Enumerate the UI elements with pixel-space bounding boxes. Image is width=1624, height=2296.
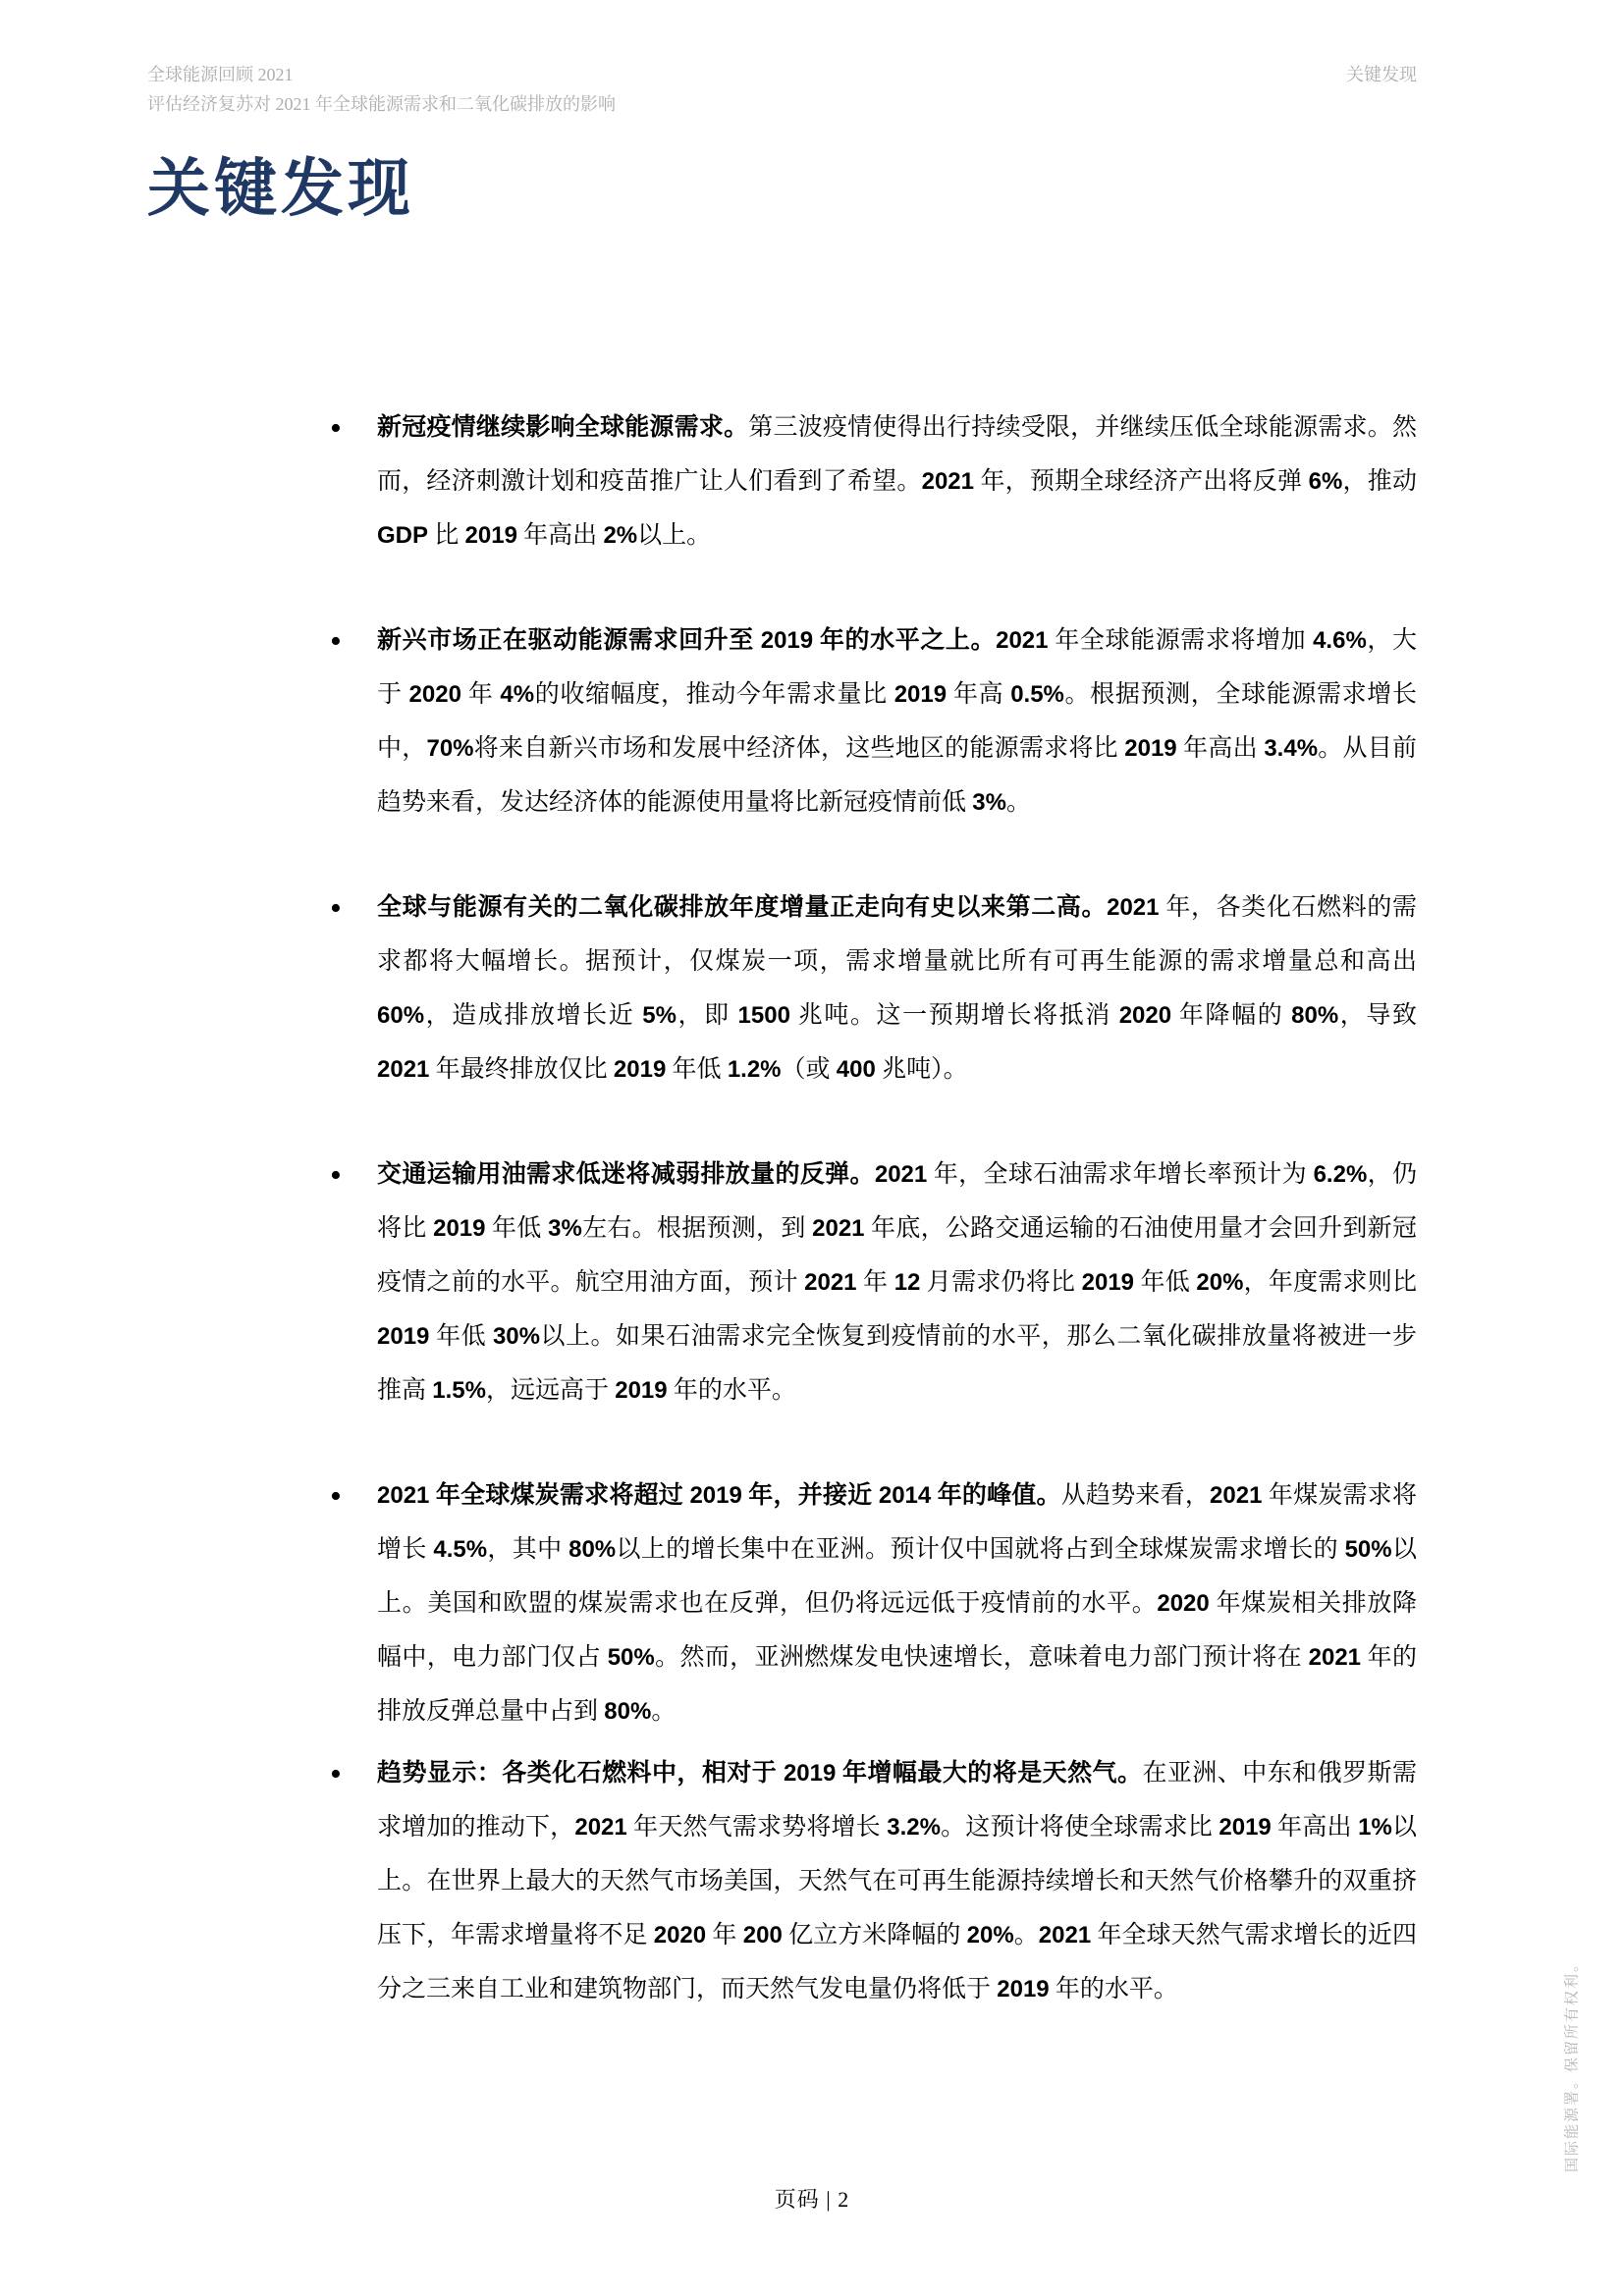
page-title: 关键发现: [147, 152, 1417, 228]
bullet-item-co2-emissions: 全球与能源有关的二氧化碳排放年度增量正走向有史以来第二高。2021 年，各类化石…: [326, 881, 1417, 1096]
bullet-lead: 趋势显示：各类化石燃料中，相对于 2019 年增幅最大的将是天然气。: [377, 1760, 1142, 1787]
bullet-item-coal-demand: 2021 年全球煤炭需求将超过 2019 年，并接近 2014 年的峰值。从趋势…: [326, 1468, 1417, 1738]
header-doc-title: 全球能源回顾 2021: [147, 61, 616, 90]
page-header: 全球能源回顾 2021 评估经济复苏对 2021 年全球能源需求和二氧化碳排放的…: [147, 61, 1417, 119]
page-number: 页码 | 2: [0, 2183, 1624, 2214]
bullet-body: 从趋势来看，2021 年煤炭需求将增长 4.5%，其中 80%以上的增长集中在亚…: [377, 1482, 1417, 1725]
bullet-item-transport-oil: 交通运输用油需求低迷将减弱排放量的反弹。2021 年，全球石油需求年增长率预计为…: [326, 1148, 1417, 1417]
document-page: 全球能源回顾 2021 评估经济复苏对 2021 年全球能源需求和二氧化碳排放的…: [0, 0, 1624, 2296]
header-doc-subtitle: 评估经济复苏对 2021 年全球能源需求和二氧化碳排放的影响: [147, 90, 616, 120]
bullet-item-covid-demand: 新冠疫情继续影响全球能源需求。第三波疫情使得出行持续受限，并继续压低全球能源需求…: [326, 400, 1417, 562]
key-findings-list: 新冠疫情继续影响全球能源需求。第三波疫情使得出行持续受限，并继续压低全球能源需求…: [326, 400, 1417, 2016]
bullet-lead: 新冠疫情继续影响全球能源需求。: [377, 414, 748, 441]
bullet-lead: 交通运输用油需求低迷将减弱排放量的反弹。: [377, 1161, 875, 1188]
bullet-item-emerging-markets: 新兴市场正在驱动能源需求回升至 2019 年的水平之上。2021 年全球能源需求…: [326, 614, 1417, 829]
bullet-lead: 2021 年全球煤炭需求将超过 2019 年，并接近 2014 年的峰值。: [377, 1482, 1061, 1509]
bullet-body: 2021 年，全球石油需求年增长率预计为 6.2%，仍将比 2019 年低 3%…: [377, 1161, 1417, 1404]
bullet-item-natural-gas: 趋势显示：各类化石燃料中，相对于 2019 年增幅最大的将是天然气。在亚洲、中东…: [326, 1746, 1417, 2016]
header-section-label: 关键发现: [1346, 61, 1417, 90]
copyright-vertical-note: 国际能源署。保留所有权利。: [1561, 1917, 1582, 2212]
bullet-lead: 全球与能源有关的二氧化碳排放年度增量正走向有史以来第二高。: [377, 894, 1107, 921]
bullet-lead: 新兴市场正在驱动能源需求回升至 2019 年的水平之上。: [377, 627, 996, 654]
bullet-body: 2021 年，各类化石燃料的需求都将大幅增长。据预计，仅煤炭一项，需求增量就比所…: [377, 894, 1417, 1083]
header-left-block: 全球能源回顾 2021 评估经济复苏对 2021 年全球能源需求和二氧化碳排放的…: [147, 61, 616, 119]
bullet-body: 在亚洲、中东和俄罗斯需求增加的推动下，2021 年天然气需求势将增长 3.2%。…: [377, 1760, 1417, 2002]
bullet-body: 2021 年全球能源需求将增加 4.6%，大于 2020 年 4%的收缩幅度，推…: [377, 627, 1417, 816]
